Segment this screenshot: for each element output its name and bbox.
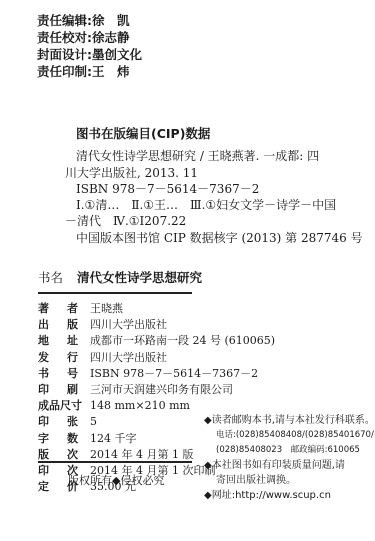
reader-notes: ◆读者邮购本书,请与本社发行科联系。 电话:(028)85408408/(028… [204, 413, 375, 503]
cip-record: 清代女性诗学思想研究 / 王晓燕著. 一成都: 四 川大学出版社, 2013. … [76, 148, 319, 198]
info-row-printer: 印刷三河市天润建兴印务有限公司 [38, 382, 275, 398]
credit-proofreader: 责任校对:徐志静 [37, 29, 142, 46]
editorial-credits: 责任编辑:徐 凯 责任校对:徐志静 封面设计:墨创文化 责任印制:王 炜 [37, 12, 142, 80]
cip-record-number: 中国版本图书馆 CIP 数据核字 (2013) 第 287746 号 [76, 229, 363, 246]
cip-line: 清代女性诗学思想研究 / 王晓燕著. 一成都: 四 [76, 148, 319, 165]
note-website: ◆网址:http://www.scup.cn [204, 488, 375, 503]
divider-bottom [38, 461, 192, 463]
credit-cover-design: 封面设计:墨创文化 [37, 46, 142, 63]
cip-isbn: ISBN 978－7－5614－7367－2 [76, 181, 319, 198]
book-title-value: 清代女性诗学思想研究 [77, 270, 202, 285]
cip-classification: Ⅰ.①清… Ⅱ.①王… Ⅲ.①妇女文学－诗学－中国 －清代 Ⅳ.①I207.22 [76, 197, 336, 229]
note-quality-issue-cont: 寄回出版社调换。 [204, 473, 375, 488]
cip-class-line: Ⅰ.①清… Ⅱ.①王… Ⅲ.①妇女文学－诗学－中国 [76, 197, 336, 213]
info-row-publisher: 出版四川大学出版社 [38, 317, 275, 333]
diamond-bullet-icon: ◆ [204, 415, 212, 426]
credit-print-supervisor: 责任印制:王 炜 [37, 63, 142, 80]
info-row-author: 著者王晓燕 [38, 301, 275, 317]
info-row-isbn: 书号ISBN 978－7－5614－7367－2 [38, 366, 275, 382]
note-phone: 电话:(028)85408408/(028)85401670/ [204, 428, 375, 443]
cip-class-line: －清代 Ⅳ.①I207.22 [65, 213, 336, 229]
info-row-address: 地址成都市一环路南一段 24 号 (610065) [38, 333, 275, 349]
website-url: 网址:http://www.scup.cn [212, 490, 331, 501]
diamond-bullet-icon: ◆ [204, 460, 212, 471]
cip-line: 川大学出版社, 2013. 11 [65, 165, 319, 182]
note-quality-issue: ◆本社图书如有印装质量问题,请 [204, 458, 375, 473]
diamond-bullet-icon: ◆ [204, 490, 212, 501]
credit-editor: 责任编辑:徐 凯 [37, 12, 142, 29]
info-row-distributor: 发行四川大学出版社 [38, 350, 275, 366]
note-phone-postcode: (028)85408023 邮政编码:610065 [204, 443, 375, 458]
note-mail-order: ◆读者邮购本书,请与本社发行科联系。 [204, 413, 375, 428]
copyright-notice: 版权所有◆侵权必究 [68, 472, 164, 488]
book-title-row: 书名清代女性诗学思想研究 [38, 268, 202, 286]
info-row-size: 成品尺寸148 mm×210 mm [38, 398, 275, 414]
divider-top [38, 292, 192, 294]
cip-heading: 图书在版编目(CIP)数据 [76, 124, 210, 142]
book-title-label: 书名 [38, 270, 63, 285]
